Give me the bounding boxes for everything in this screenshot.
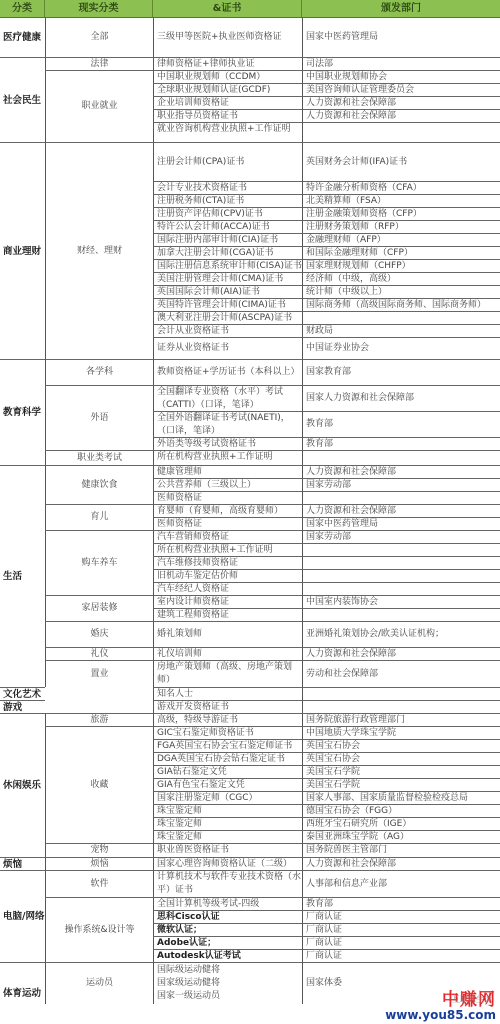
certificate-cell: 医师资格证: [153, 517, 302, 530]
issuer-cell: 注册金融策划师资格（CFP）: [302, 207, 500, 220]
issuer-cell: 教育部: [302, 897, 500, 910]
sub-category-cell: 职业就业: [45, 70, 153, 142]
issuer-cell: [302, 491, 500, 504]
certificate-cell: DGA英国宝石协会钻石鉴定证书: [153, 752, 302, 765]
category-cell: 医疗健康: [0, 17, 45, 57]
certificate-cell: 医师资格证: [153, 491, 302, 504]
issuer-cell: [302, 543, 500, 556]
issuer-cell: 特许金融分析师资格（CFA）: [302, 181, 500, 194]
issuer-cell: 国家劳动部: [302, 530, 500, 543]
header-category: 分类: [0, 0, 45, 17]
issuer-cell: 中国职业规划师协会: [302, 70, 500, 83]
issuer-cell: 劳动和社会保障部: [302, 660, 500, 687]
certificate-cell: 室内设计师资格证: [153, 595, 302, 608]
category-cell: 烦恼: [0, 857, 45, 870]
sub-category-cell: 操作系统&设计等: [45, 897, 153, 962]
certificate-cell: 思科Cisco认证: [153, 910, 302, 923]
certificate-cell: 就业咨询机构营业执照+工作证明: [153, 122, 302, 142]
certificate-cell: 全国计算机等级考试-四级: [153, 897, 302, 910]
certificate-cell: 职业指导员资格证书: [153, 109, 302, 122]
sub-category-cell: 宠物: [45, 843, 153, 857]
issuer-cell: 厂商认证: [302, 910, 500, 923]
issuer-cell: 和国际金融理财师（CFP）: [302, 246, 500, 259]
watermark: 互联网生说 中赚网 www.you85.com: [385, 991, 496, 1022]
category-cell: 文化艺术: [0, 687, 45, 700]
issuer-cell: 人力资源和社会保障部: [302, 504, 500, 517]
issuer-cell: 美国宝石学院: [302, 765, 500, 778]
certificate-cell: 所在机构营业执照+工作证明: [153, 543, 302, 556]
issuer-cell: 英国财务会计师(IFA)证书: [302, 142, 500, 181]
issuer-cell: 统计师（中级以上）: [302, 285, 500, 298]
sub-category-cell: 家居装修: [45, 595, 153, 621]
issuer-cell: 注册财务策划师（RFP）: [302, 220, 500, 233]
certificate-cell: 全国翻译专业资格（水平）考试（CATTI）（口译，笔译）: [153, 385, 302, 411]
issuer-cell: [302, 311, 500, 324]
issuer-cell: 厂商认证: [302, 949, 500, 962]
issuer-cell: 北美精算师（FSA）: [302, 194, 500, 207]
certificate-cell: 注册资产评估师(CPV)证书: [153, 207, 302, 220]
issuer-cell: 国家中医药管理局: [302, 517, 500, 530]
issuer-cell: 经济师（中级，高级）: [302, 272, 500, 285]
certificate-cell: 律师资格证+律师执业证: [153, 57, 302, 70]
issuer-cell: 美国宝石学院: [302, 778, 500, 791]
sub-category-cell: 购车养车: [45, 530, 153, 595]
issuer-cell: 教育部: [302, 437, 500, 450]
sub-category-cell: 婚庆: [45, 621, 153, 647]
sub-category-cell: 收藏: [45, 726, 153, 843]
certificate-cell: 婚礼策划师: [153, 621, 302, 647]
certificate-cell: 外语类等级考试资格证书: [153, 437, 302, 450]
certificate-cell: 珠宝鉴定师: [153, 804, 302, 817]
issuer-cell: [302, 700, 500, 713]
header-certificate: &证书: [153, 0, 302, 17]
header-issuer: 颁发部门: [302, 0, 500, 17]
issuer-cell: 英国宝石协会: [302, 752, 500, 765]
issuer-cell: [302, 122, 500, 142]
certificate-cell: Adobe认证；: [153, 936, 302, 949]
category-cell: 体育运动: [0, 962, 45, 1024]
sub-category-cell: 外语: [45, 385, 153, 450]
issuer-cell: 德国宝石协会（FGG）: [302, 804, 500, 817]
certificate-cell: 公共营养师（三级以上）: [153, 478, 302, 491]
certificate-cell: 教师资格证+学历证书（本科以上）: [153, 359, 302, 385]
issuer-cell: 中国地质大学珠宝学院: [302, 726, 500, 739]
certificate-cell: 美国注册管理会计师(CMA)证书: [153, 272, 302, 285]
certificate-cell: 全国外语翻译证书考试(NAETI)，（口译，笔译）: [153, 411, 302, 437]
certificate-cell: 国家心理咨询师资格认证（二级）: [153, 857, 302, 870]
sub-category-cell: 职业类考试: [45, 450, 153, 465]
issuer-cell: 国家中医药管理局: [302, 17, 500, 57]
certificate-cell: 汽车营销师资格证: [153, 530, 302, 543]
category-cell: 生活: [0, 465, 45, 687]
issuer-cell: 国家人事部、国家质量监督检验检疫总局: [302, 791, 500, 804]
category-cell: 游戏: [0, 700, 45, 713]
sub-category-cell: 旅游: [45, 713, 153, 726]
issuer-cell: 人事部和信息产业部: [302, 870, 500, 897]
issuer-cell: 国务院旅游行政管理部门: [302, 713, 500, 726]
certificate-cell: 国家注册鉴定师（CGC）: [153, 791, 302, 804]
certificate-cell: 英国国际会计师(AIA)证书: [153, 285, 302, 298]
certificate-cell: 旧机动车鉴定估价师: [153, 569, 302, 582]
certificate-cell: 所在机构营业执照+工作证明: [153, 450, 302, 465]
issuer-cell: 厂商认证: [302, 923, 500, 936]
issuer-cell: [302, 450, 500, 465]
certificate-cell: 会计专业技术资格证书: [153, 181, 302, 194]
issuer-cell: 中国证券业协会: [302, 337, 500, 359]
issuer-cell: 人力资源和社会保障部: [302, 857, 500, 870]
certificate-cell: GIA有色宝石鉴定文凭: [153, 778, 302, 791]
issuer-cell: 中国室内装饰协会: [302, 595, 500, 608]
issuer-cell: 教育部: [302, 411, 500, 437]
certificate-cell: 房地产策划师（高级、房地产策划师）: [153, 660, 302, 687]
certificate-cell: 中国职业规划师（CCDM）: [153, 70, 302, 83]
category-cell: 电脑/网络: [0, 870, 45, 962]
certificate-cell: 计算机技术与软件专业技术资格（水平）证书: [153, 870, 302, 897]
issuer-cell: 厂商认证: [302, 936, 500, 949]
sub-category-cell: 运动员: [45, 962, 153, 1004]
certificate-cell: 澳大利亚注册会计师(ASCPA)证书: [153, 311, 302, 324]
table-header: 分类 现实分类 &证书 颁发部门: [0, 0, 500, 17]
issuer-cell: 西班牙宝石研究所（IGE）: [302, 817, 500, 830]
certificate-cell: 知名人士: [153, 687, 302, 700]
certificate-cell: 加拿大注册会计师(CGA)证书: [153, 246, 302, 259]
issuer-cell: 人力资源和社会保障部: [302, 465, 500, 478]
certificate-cell: 职业兽医资格证书: [153, 843, 302, 857]
certificate-cell: 健康管理师: [153, 465, 302, 478]
issuer-cell: 国务院兽医主管部门: [302, 843, 500, 857]
sub-category-cell: 全部: [45, 17, 153, 57]
category-cell: 休闲娱乐: [0, 713, 45, 857]
certificate-cell: 高级，特级导游证书: [153, 713, 302, 726]
certificate-cell: GIA钻石鉴定文凭: [153, 765, 302, 778]
certificate-cell: 注册会计师(CPA)证书: [153, 142, 302, 181]
sub-category-cell: 软件: [45, 870, 153, 897]
header-real-category: 现实分类: [45, 0, 153, 17]
certificate-cell: 三级甲等医院+执业医师资格证: [153, 17, 302, 57]
certificate-cell: 微软认证；: [153, 923, 302, 936]
issuer-cell: 国家理财规划师（CHFP）: [302, 259, 500, 272]
issuer-cell: [302, 687, 500, 700]
certificate-cell: 特许公认会计师(ACCA)证书: [153, 220, 302, 233]
issuer-cell: 国家人力资源和社会保障部: [302, 385, 500, 411]
certificate-cell: 企业培训师资格证: [153, 96, 302, 109]
category-cell: 商业理财: [0, 142, 45, 359]
certificate-cell: 游戏开发资格证书: [153, 700, 302, 713]
certificate-cell: 礼仪培训师: [153, 647, 302, 660]
certificate-cell: 英国特许管理会计师(CIMA)证书: [153, 298, 302, 311]
sub-category-cell: 各学科: [45, 359, 153, 385]
certificate-cell: 国际注册信息系统审计师(CISA)证书: [153, 259, 302, 272]
certificate-cell: FGA英国宝石协会宝石鉴定师证书: [153, 739, 302, 752]
certificate-cell: 珠宝鉴定师: [153, 817, 302, 830]
issuer-cell: 美国咨询师认证管理委员会: [302, 83, 500, 96]
certificate-cell: 证券从业资格证书: [153, 337, 302, 359]
certificate-cell: 全球职业规划师认证(GCDF): [153, 83, 302, 96]
category-cell: 教育科学: [0, 359, 45, 465]
issuer-cell: [302, 608, 500, 621]
certificate-cell: GIC宝石鉴定师资格证书: [153, 726, 302, 739]
issuer-cell: 人力资源和社会保障部: [302, 647, 500, 660]
watermark-url: www.you85.com: [385, 1009, 496, 1022]
certificate-cell: 汽车维修技师资格证: [153, 556, 302, 569]
sub-category-cell: 法律: [45, 57, 153, 70]
issuer-cell: 国家教育部: [302, 359, 500, 385]
sub-category-cell: 健康饮食: [45, 465, 153, 504]
issuer-cell: 司法部: [302, 57, 500, 70]
sub-category-cell: 礼仪: [45, 647, 153, 660]
certificate-cell: 注册税务师(CTA)证书: [153, 194, 302, 207]
issuer-cell: 国际商务师（高级国际商务师、国际商务师）: [302, 298, 500, 311]
issuer-cell: 金融理财师（AFP）: [302, 233, 500, 246]
certificate-cell: 育婴师（育婴师，高级育婴师）: [153, 504, 302, 517]
certificate-cell: 会计从业资格证书: [153, 324, 302, 337]
issuer-cell: 国家劳动部: [302, 478, 500, 491]
certificate-cell: 国际注册内部审计师(CIA)证书: [153, 233, 302, 246]
issuer-cell: 泰国亚洲珠宝学院（AG）: [302, 830, 500, 843]
sub-category-cell: 育儿: [45, 504, 153, 530]
issuer-cell: [302, 569, 500, 582]
issuer-cell: [302, 582, 500, 595]
certificate-cell: Autodesk认证考试: [153, 949, 302, 962]
certificate-cell: 国际级运动健将 国家级运动健将 国家一级运动员: [153, 962, 302, 1004]
issuer-cell: 财政局: [302, 324, 500, 337]
issuer-cell: 英国宝石协会: [302, 739, 500, 752]
issuer-cell: 亚洲婚礼策划协会/欧美认证机构；: [302, 621, 500, 647]
sub-category-cell: 财经、理财: [45, 142, 153, 359]
category-cell: 社会民生: [0, 57, 45, 142]
wechat-caption: 互联网生说: [452, 994, 492, 1005]
certificate-cell: 汽车经纪人资格证: [153, 582, 302, 595]
sub-category-cell: 烦恼: [45, 857, 153, 870]
issuer-cell: [302, 556, 500, 569]
issuer-cell: 人力资源和社会保障部: [302, 109, 500, 122]
sub-category-cell: 置业: [45, 660, 153, 687]
issuer-cell: 人力资源和社会保障部: [302, 96, 500, 109]
certificate-cell: 建筑工程师资格证: [153, 608, 302, 621]
certificate-cell: 珠宝鉴定师: [153, 830, 302, 843]
